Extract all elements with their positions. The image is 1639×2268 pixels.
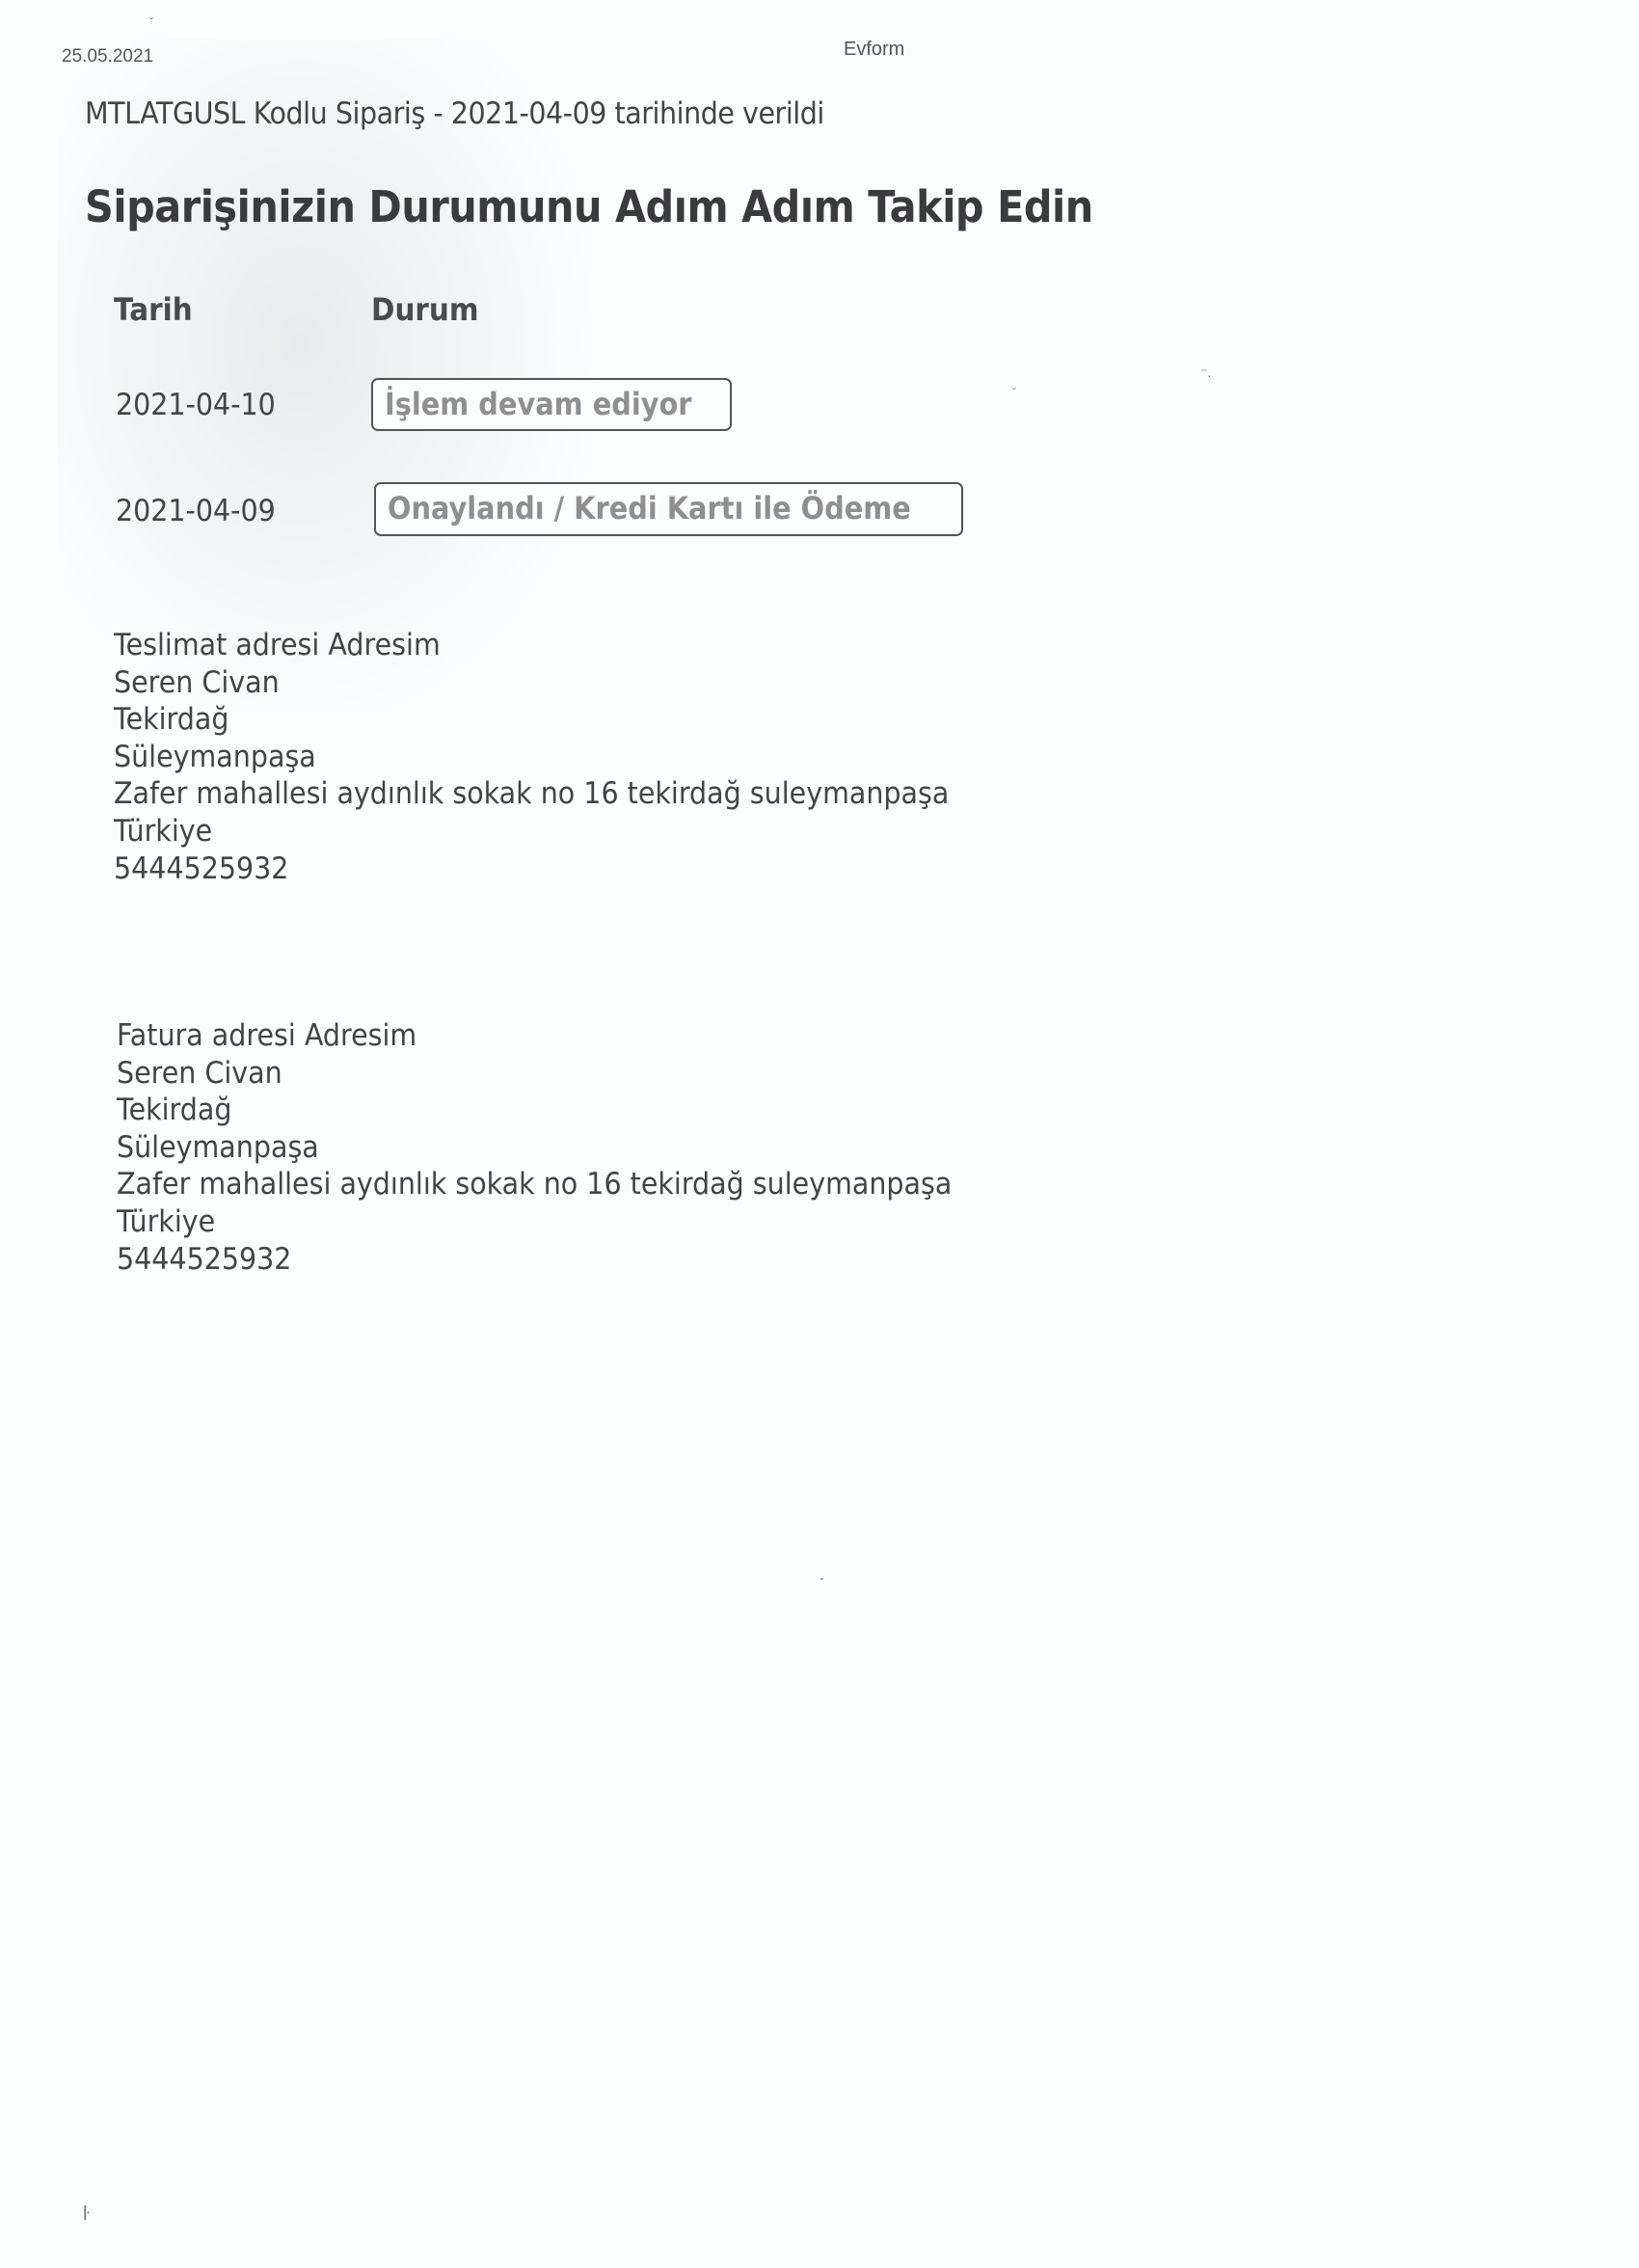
shipping-address-block: Teslimat adresi Adresim Seren Civan Teki… xyxy=(114,627,1022,887)
scan-smudge xyxy=(58,39,598,714)
billing-street: Zafer mahallesi aydınlık sokak no 16 tek… xyxy=(117,1166,952,1203)
order-subtitle: MTLATGUSL Kodlu Sipariş - 2021-04-09 tar… xyxy=(85,96,824,131)
shipping-country: Türkiye xyxy=(114,813,949,850)
page-title: Siparişinizin Durumunu Adım Adım Takip E… xyxy=(85,181,1093,232)
shipping-name: Seren Civan xyxy=(114,664,949,702)
billing-district: Süleymanpaşa xyxy=(117,1129,952,1167)
shipping-district: Süleymanpaşa xyxy=(114,739,949,776)
billing-phone: 5444525932 xyxy=(117,1241,952,1279)
column-header-date: Tarih xyxy=(114,291,193,328)
column-header-status: Durum xyxy=(371,291,479,328)
status-badge: İşlem devam ediyor xyxy=(371,378,732,431)
scan-speck: ⁻. xyxy=(1200,364,1211,381)
status-badge: Onaylandı / Kredi Kartı ile Ödeme xyxy=(374,482,963,536)
billing-name: Seren Civan xyxy=(117,1055,952,1093)
billing-address-title: Fatura adresi Adresim xyxy=(117,1017,952,1055)
print-date: 25.05.2021 xyxy=(62,46,153,67)
scan-speck: ˇ xyxy=(1012,386,1016,399)
row-date: 2021-04-09 xyxy=(116,494,276,528)
billing-city: Tekirdağ xyxy=(117,1092,952,1129)
scan-speck: - xyxy=(819,1570,824,1585)
status-badge-label: Onaylandı / Kredi Kartı ile Ödeme xyxy=(388,490,911,526)
row-date: 2021-04-10 xyxy=(116,388,276,422)
print-site-name: Evform xyxy=(844,39,904,61)
shipping-city: Tekirdağ xyxy=(114,701,949,739)
scan-speck: ŀ xyxy=(83,2203,90,2226)
billing-country: Türkiye xyxy=(117,1203,952,1241)
scan-speck: ˇ xyxy=(149,15,153,29)
shipping-phone: 5444525932 xyxy=(114,850,949,888)
status-badge-label: İşlem devam ediyor xyxy=(385,386,691,422)
shipping-street: Zafer mahallesi aydınlık sokak no 16 tek… xyxy=(114,775,949,813)
billing-address-block: Fatura adresi Adresim Seren Civan Tekird… xyxy=(117,1017,1025,1278)
shipping-address-title: Teslimat adresi Adresim xyxy=(114,627,949,664)
